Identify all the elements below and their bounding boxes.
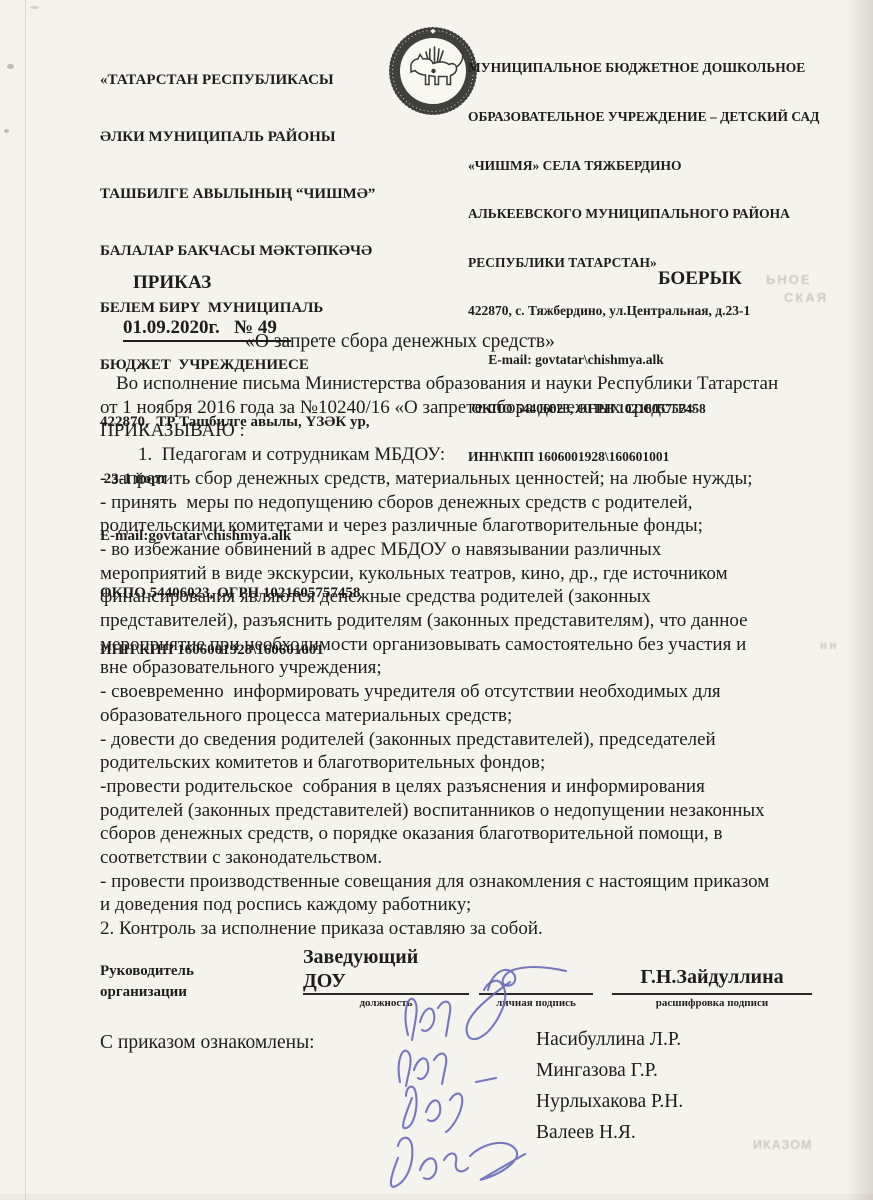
bleed-through-text: ИКАЗОМ	[753, 1138, 812, 1152]
acknowledged-person: Мингазова Г.Р.	[536, 1055, 683, 1086]
scan-speck	[30, 6, 39, 9]
body-line: - довести до сведения родителей (законны…	[100, 728, 835, 752]
body-line: и доведения под роспись каждому работник…	[100, 893, 835, 917]
name-caption: расшифровка подписи	[612, 997, 812, 1009]
body-line: сборов денежных средств, о порядке оказа…	[100, 822, 835, 846]
body-line: вне образовательного учреждения;	[100, 656, 835, 680]
signer-role-line: организации	[100, 982, 194, 1003]
body-line: соответствии с законодательством.	[100, 846, 835, 870]
scanned-order-document: ЬНОЕ СКАЯ нн ИКАЗОМ «ТАТАРСТАН РЕСПУБЛИК…	[0, 0, 873, 1200]
signer-position-line: ДОУ	[303, 969, 418, 993]
body-line: от 1 ноября 2016 года за №10240/16 «О за…	[100, 396, 835, 420]
body-line: мероприятие при необходимости организовы…	[100, 633, 835, 657]
body-line: -провести родительское собрания в целях …	[100, 775, 835, 799]
org-header-russian-line: МУНИЦИПАЛЬНОЕ БЮДЖЕТНОЕ ДОШКОЛЬНОЕ	[468, 60, 833, 76]
body-line: - запретить сбор денежных средств, матер…	[100, 467, 835, 491]
acknowledged-person: Насибуллина Л.Р.	[536, 1024, 683, 1055]
order-date-number: 01.09.2020г. № 49	[104, 295, 291, 364]
acknowledged-person: Валеев Н.Я.	[536, 1117, 683, 1148]
acknowledged-person: Нурлыхакова Р.Н.	[536, 1086, 683, 1117]
signature-underline	[479, 993, 593, 995]
tatarstan-coat-of-arms-icon: ТАТАРСТАН	[386, 24, 480, 118]
signer-role: Руководитель организации	[100, 961, 194, 1003]
org-header-russian-line: РЕСПУБЛИКИ ТАТАРСТАН»	[468, 255, 833, 271]
body-line: Во исполнение письма Министерства образо…	[100, 372, 835, 396]
name-underline	[612, 993, 812, 995]
body-line: финансирования являются денежные средств…	[100, 585, 835, 609]
order-body: Во исполнение письма Министерства образо…	[100, 372, 835, 941]
body-line: мероприятий в виде экскурсии, кукольных …	[100, 562, 835, 586]
acknowledgment-names: Насибуллина Л.Р. Мингазова Г.Р. Нурлыхак…	[536, 1024, 683, 1148]
signature-caption: личная подпись	[479, 997, 593, 1009]
body-line: образовательного процесса материальных с…	[100, 704, 835, 728]
scan-speck	[7, 64, 14, 69]
body-line: - принять меры по недопущению сборов ден…	[100, 491, 835, 515]
body-line: родительских комитетов и благотворительн…	[100, 751, 835, 775]
body-line: - своевременно информировать учредителя …	[100, 680, 835, 704]
document-title: «О запрете сбора денежных средств»	[100, 331, 700, 353]
body-line: родителей (законных представителей) восп…	[100, 799, 835, 823]
signer-position: Заведующий ДОУ	[303, 945, 418, 993]
body-line: родительскими комитетами и через различн…	[100, 514, 835, 538]
org-header-tatar-line: «ТАТАРСТАН РЕСПУБЛИКАСЫ	[100, 71, 400, 90]
order-label-russian: ПРИКАЗ	[133, 272, 211, 294]
org-header-tatar-line: ӘЛКИ МУНИЦИПАЛЬ РАЙОНЫ	[100, 128, 400, 147]
body-line: представителей), разъяснить родителям (з…	[100, 609, 835, 633]
org-header-russian-line: АЛЬКЕЕВСКОГО МУНИЦИПАЛЬНОГО РАЙОНА	[468, 206, 833, 222]
body-line: - провести производственные совещания дл…	[100, 870, 835, 894]
body-line: - во избежание обвинений в адрес МБДОУ о…	[100, 538, 835, 562]
position-caption: должность	[303, 997, 469, 1009]
body-line: 2. Контроль за исполнение приказа оставл…	[100, 917, 835, 941]
signer-position-line: Заведующий	[303, 945, 418, 969]
body-line: ПРИКАЗЫВАЮ :	[100, 419, 835, 443]
org-header-russian-line: 422870, с. Тяжбердино, ул.Центральная, д…	[468, 303, 833, 319]
order-label-tatar: БОЕРЫК	[658, 268, 742, 290]
org-header-russian-line: E-mail: govtatar\chishmya.alk	[468, 352, 833, 368]
scan-shadow-right	[847, 0, 873, 1200]
signer-name: Г.Н.Зайдуллина	[612, 966, 812, 989]
scan-edge-line	[25, 0, 26, 1200]
scan-speck	[4, 129, 9, 133]
acknowledgment-label: С приказом ознакомлены:	[100, 1032, 315, 1054]
position-underline	[303, 993, 469, 995]
signer-role-line: Руководитель	[100, 961, 194, 982]
org-header-russian-line: «ЧИШМЯ» СЕЛА ТЯЖБЕРДИНО	[468, 158, 833, 174]
scan-edge-bottom	[0, 1194, 873, 1200]
org-header-tatar-line: БАЛАЛАР БАКЧАСЫ МӘКТӘПКӘЧӘ	[100, 242, 400, 261]
org-header-tatar-line: ТАШБИЛГЕ АВЫЛЫНЫҢ “ЧИШМӘ”	[100, 185, 400, 204]
body-line: 1. Педагогам и сотрудникам МБДОУ:	[100, 443, 835, 467]
org-header-russian-line: ОБРАЗОВАТЕЛЬНОЕ УЧРЕЖДЕНИЕ – ДЕТСКИЙ САД	[468, 109, 833, 125]
